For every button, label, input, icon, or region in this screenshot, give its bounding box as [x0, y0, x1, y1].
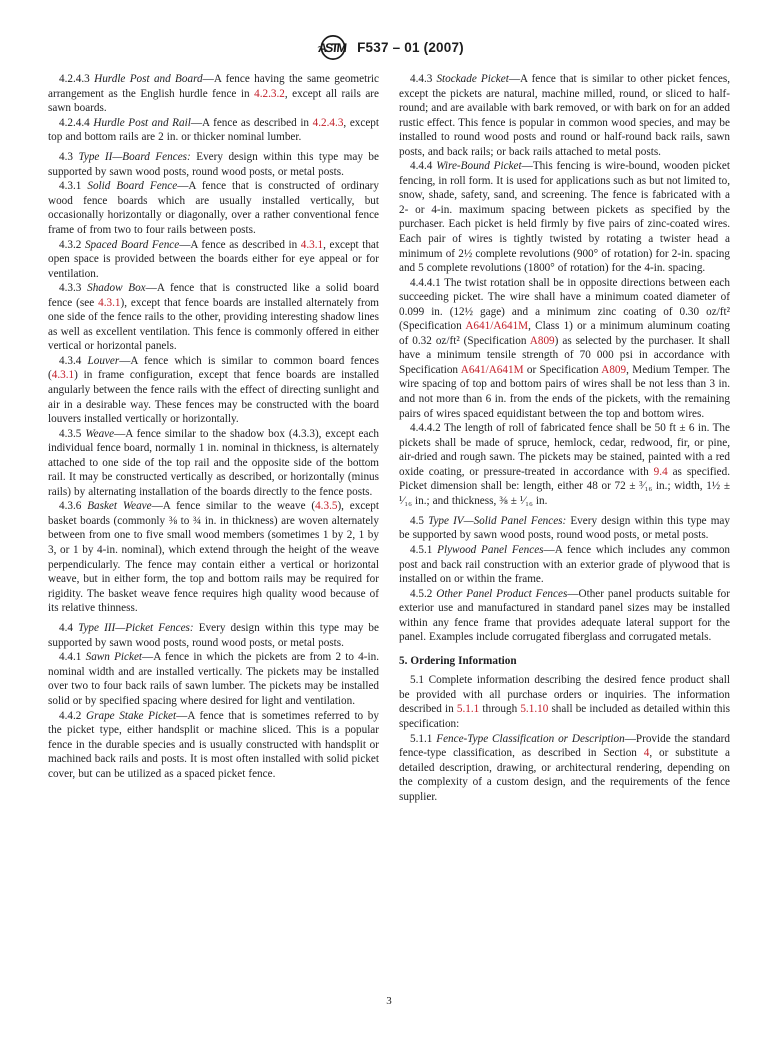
text-run: Spaced Board Fence [85, 239, 179, 251]
text-run: Solid Board Fence [87, 180, 177, 192]
text-run: Fence-Type Classification or Description [436, 733, 624, 745]
page-number: 3 [386, 995, 392, 1007]
text-run: Hurdle Post and Board [94, 73, 203, 85]
paragraph: 4.3.4 Louver—A fence which is similar to… [48, 354, 379, 427]
text-run: Grape Stake Picket [86, 710, 176, 722]
cross-reference-link[interactable]: 9.4 [654, 466, 668, 478]
astm-logo-icon: ASTM [314, 34, 350, 61]
paragraph: 4.2.4.3 Hurdle Post and Board—A fence ha… [48, 72, 379, 116]
cross-reference-link[interactable]: A641/A641M [465, 320, 528, 332]
text-run: Sawn Picket [86, 651, 142, 663]
text-run: Type II—Board Fences: [78, 151, 190, 163]
text-run: Shadow Box [87, 282, 146, 294]
text-run: Basket Weave [87, 500, 151, 512]
text-run: Type III—Picket Fences: [78, 622, 194, 634]
cross-reference-link[interactable]: A641/A641M [461, 364, 524, 376]
paragraph: 4.4.1 Sawn Picket—A fence in which the p… [48, 650, 379, 708]
cross-reference-link[interactable]: 4.3.1 [301, 239, 323, 251]
section-heading: 5. Ordering Information [399, 654, 730, 669]
cross-reference-link[interactable]: 4.3.1 [98, 297, 120, 309]
paragraph: 4.5.2 Other Panel Product Fences—Other p… [399, 587, 730, 645]
page-header: ASTM F537 – 01 (2007) [0, 34, 778, 61]
cross-reference-link[interactable]: 4.2.3.2 [254, 88, 285, 100]
text-run: Hurdle Post and Rail [93, 117, 190, 129]
paragraph: 4.4 Type III—Picket Fences: Every design… [48, 621, 379, 650]
text-run: Type IV—Solid Panel Fences: [428, 515, 566, 527]
cross-reference-link[interactable]: A809 [530, 335, 555, 347]
cross-reference-link[interactable]: 4.3.5 [315, 500, 337, 512]
text-run: Weave [85, 428, 114, 440]
paragraph: 5.1 Complete information describing the … [399, 673, 730, 731]
column-right: 4.4.3 Stockade Picket—A fence that is si… [399, 72, 730, 804]
text-run: Other Panel Product Fences [436, 588, 567, 600]
cross-reference-link[interactable]: A809 [601, 364, 626, 376]
cross-reference-link[interactable]: 4.2.4.3 [313, 117, 344, 129]
paragraph: 4.4.4.1 The twist rotation shall be in o… [399, 276, 730, 421]
paragraph: 4.4.2 Grape Stake Picket—A fence that is… [48, 709, 379, 782]
text-run: Louver [88, 355, 120, 367]
document-page: ASTM F537 – 01 (2007) 4.2.4.3 Hurdle Pos… [0, 0, 778, 1041]
paragraph: 4.4.3 Stockade Picket—A fence that is si… [399, 72, 730, 159]
paragraph: 4.3.1 Solid Board Fence—A fence that is … [48, 179, 379, 237]
cross-reference-link[interactable]: 5.1.10 [520, 703, 548, 715]
text-run: Wire-Bound Picket [436, 160, 521, 172]
paragraph: 4.3.3 Shadow Box—A fence that is constru… [48, 281, 379, 354]
document-code: F537 – 01 (2007) [357, 40, 464, 55]
paragraph: 4.2.4.4 Hurdle Post and Rail—A fence as … [48, 116, 379, 145]
paragraph: 4.4.4.2 The length of roll of fabricated… [399, 421, 730, 508]
column-left: 4.2.4.3 Hurdle Post and Board—A fence ha… [48, 72, 379, 804]
cross-reference-link[interactable]: 5.1.1 [457, 703, 479, 715]
paragraph: 4.3 Type II—Board Fences: Every design w… [48, 150, 379, 179]
paragraph: 4.3.5 Weave—A fence similar to the shado… [48, 427, 379, 500]
cross-reference-link[interactable]: 4.3.1 [52, 369, 74, 381]
paragraph: 4.4.4 Wire-Bound Picket—This fencing is … [399, 159, 730, 275]
paragraph: 4.3.6 Basket Weave—A fence similar to th… [48, 499, 379, 615]
svg-text:ASTM: ASTM [318, 41, 348, 55]
cross-reference-link[interactable]: 4 [644, 747, 650, 759]
two-column-body: 4.2.4.3 Hurdle Post and Board—A fence ha… [48, 72, 730, 804]
text-run: Stockade Picket [436, 73, 508, 85]
paragraph: 4.5 Type IV—Solid Panel Fences: Every de… [399, 514, 730, 543]
text-run: Plywood Panel Fences [437, 544, 543, 556]
paragraph: 4.3.2 Spaced Board Fence—A fence as desc… [48, 238, 379, 282]
paragraph: 4.5.1 Plywood Panel Fences—A fence which… [399, 543, 730, 587]
page-footer: 3 [0, 995, 778, 1007]
paragraph: 5.1.1 Fence-Type Classification or Descr… [399, 732, 730, 805]
